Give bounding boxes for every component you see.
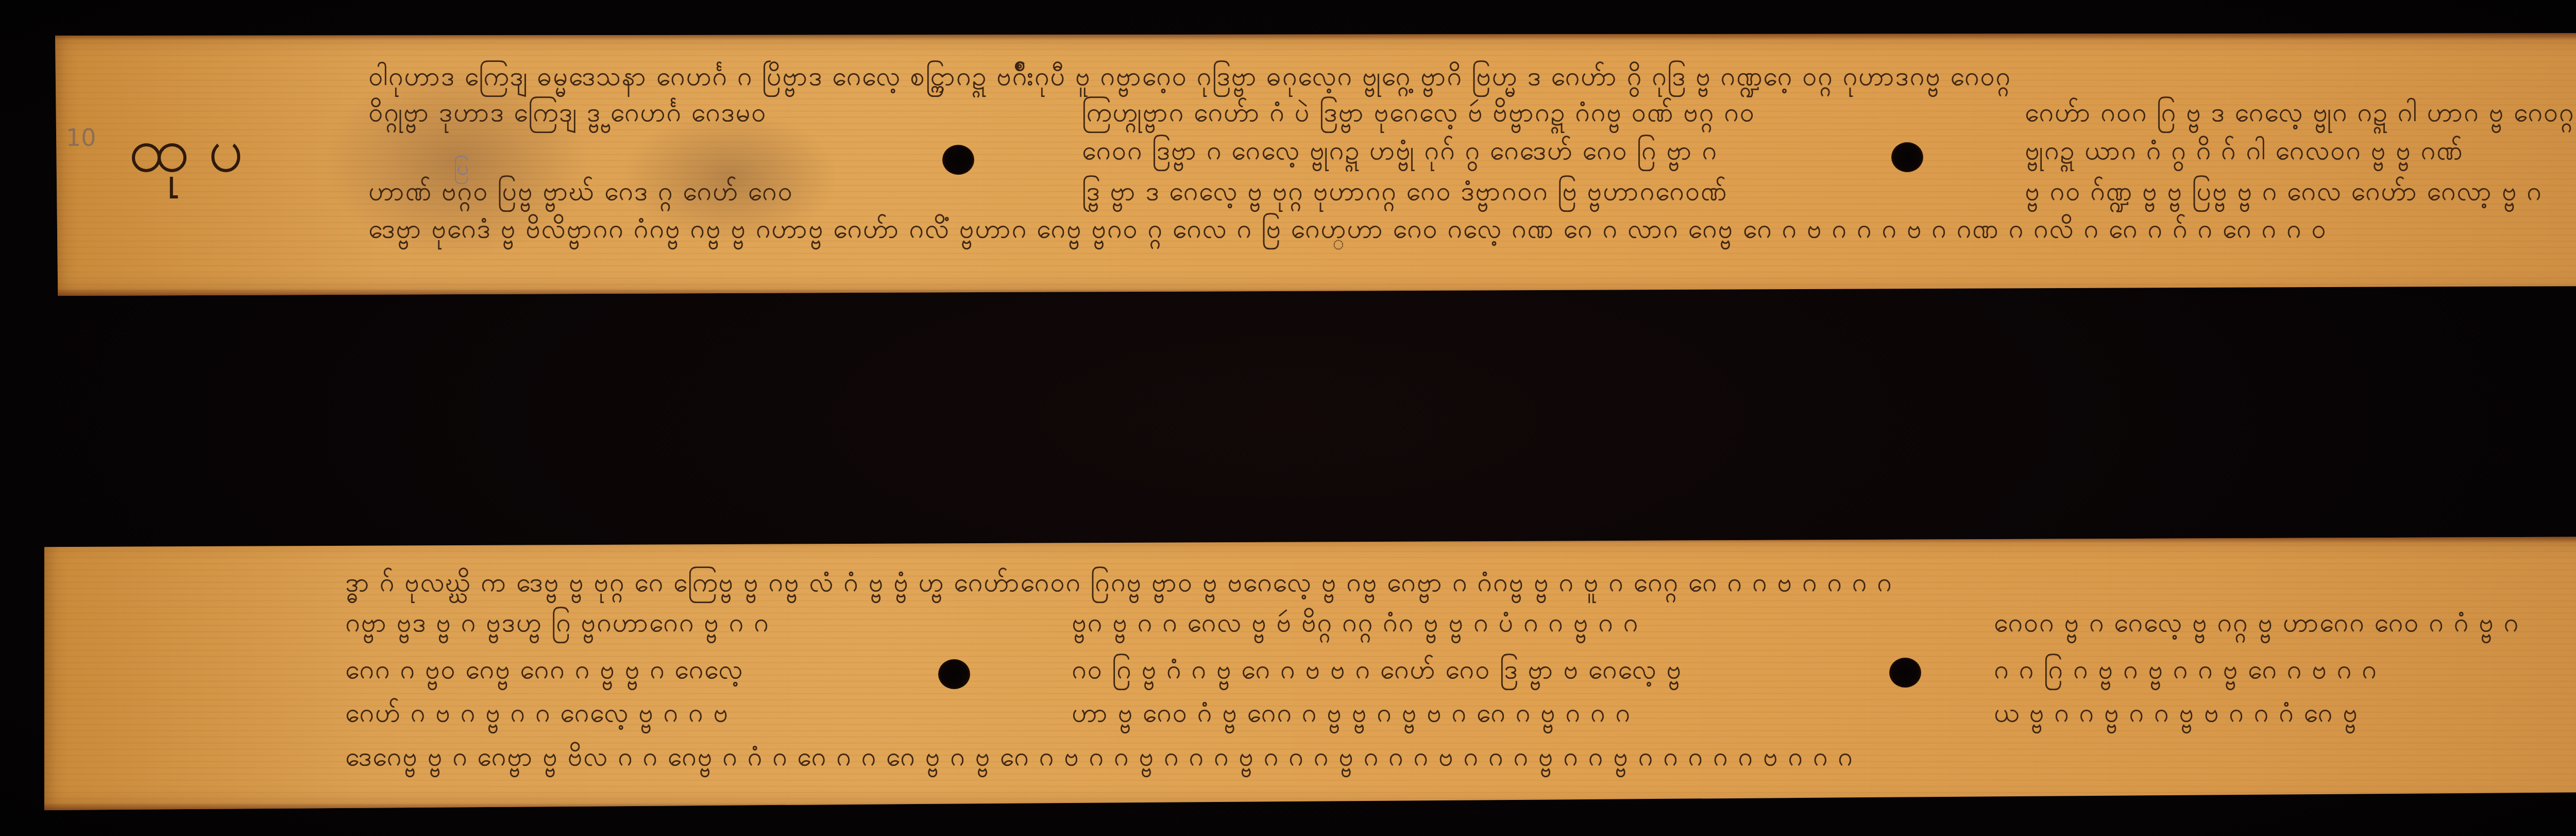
- manuscript-line: ဒေဗ္ဗာ ဗုဂေဒံ ဗ္ဗ ဗိလိဗ္ဗာဂဂ ဂံဂဗ္ဗ ဂဗ္ဗ…: [368, 213, 2327, 244]
- manuscript-line: ဝိဂ္ဂုဗ္ဗာ ဒုဟာဒ ကြေဒျ ဒ္ဗ္ဗ ဂေဟင်္ဂ ဂေဒ…: [368, 97, 767, 128]
- manuscript-line: ဂဗ္ဗာ ဗ္ဗဒ ဗ္ဗ ဂ ဗ္ဗဒဟ္ဗ ဂြ ဗ္ဗဂဟာဂေဂ ဗ္…: [345, 607, 770, 638]
- manuscript-line: ယ ဗ္ဗ ဂ ဂ ဗ္ဗ ဂ ဂ ဗ္ဗ ဗ ဂ ဂ ဂံ ဂေ ဗ္ဗ: [1994, 697, 2359, 728]
- manuscript-line: ဂေဝဂ ဗ္ဗ ဂ ဂေလေ့ ဗ္ဗ ဂဂ္ဂ ဗ္ဗ ဟာဂေဂ ဂေဝ …: [1994, 607, 2519, 638]
- string-hole: [1891, 142, 1923, 172]
- leaf-marker: ထု ပ: [129, 120, 244, 181]
- string-hole: [938, 659, 970, 689]
- manuscript-line: ဒေဂေဗ္ဗ ဗ္ဗ ဂ ဂေဗ္ဗာ ဗ္ဗ ဗိလ ဂ ဂ ဂေဗ္ဗ ဂ…: [345, 741, 1854, 772]
- manuscript-line: ဂဝ ဂြ ဗ္ဗ ဂံ ဂ ဗ္ဗ ဂေ ဂ ဗ ဗ ဂ ဂေဟ် ဂေဝ ဒ…: [1072, 654, 1682, 685]
- string-hole: [942, 145, 974, 175]
- manuscript-line: ဂေဂ ဂ ဗ္ဗဝ ဂေဗ္ဗ ဂေဂ ဂ ဗ္ဗ ဗ္ဗ ဂ ဂေလေ့: [345, 654, 743, 685]
- manuscript-line: ဝါဂုဟာဒ ကြေဒျ ဓမ္မဒေသနာ ဂေဟင်္ဂ ဂ ပြိဗ္ဗ…: [368, 61, 2011, 92]
- manuscript-line: ဟာဏ် ဗဂ္ဂဝ ပြဗ္ဗ ဗ္ဗာဃ် ဂေဒ ဂ္ဂ ဂေဟ် ဂေဝ: [368, 176, 793, 207]
- manuscript-line: ဟာ ဗ္ဗ ဂေဝ ဂံ ဗ္ဗ ဂေဂ ဂ ဗ္ဗ ဗ္ဗ ဂ ဗ္ဗ ဗ …: [1072, 697, 1631, 728]
- manuscript-line: ဂ ဂ ဂြ ဂ ဗ္ဗ ဂ ဗ္ဗ ဂ ဂ ဗ္ဗ ဂေ ဂ ဗ ဂ ဂ: [1994, 654, 2378, 685]
- manuscript-line: ဗ္ဗုဂဍ္ဂ ယာဂ ဂံ ဂွ ဂိ ဂ် ဂါ ဂေလဝဂ ဗ္ဗ ဗ္…: [2025, 135, 2463, 166]
- manuscript-line: ဒ္ဗြ ဗ္ဗာ ဒ ဂေလေ့ ဗ္ဗ ဗုဂ္ဂ ဗုဟာဂဂ္ဂ ဂေဝ…: [1082, 176, 1727, 207]
- manuscript-line: ဂေဟ် ဂ ဗ ဂ ဗ္ဗ ဂ ဂ ဂေလေ့ ဗ္ဗ ဂ ဂ ဗ: [345, 697, 729, 728]
- manuscript-line: ဂေဟ်ာ ဂဝဂ ဂြ ဗ္ဗ ဒ ဂေလေ့ ဗ္ဗုဂ ဂဍ္ဂ ဂါ ဟ…: [2025, 97, 2574, 128]
- manuscript-line: ဂေဝဂ ဒြဗ္ဗာ ဂ ဂေလေ့ ဗ္ဗုဂဍ္ဂ ဟဗ္ဗုံ ဂုဂ်…: [1082, 135, 1718, 166]
- manuscript-line: ဒ္ဓာ ဂ် ဗုလဃ္ဃိ ဂာ ဒေဗ္ဗ ဗ္ဗ ဗုဂ္ဂ ဂေ ကြ…: [345, 567, 1893, 598]
- manuscript-line: ဗ္ဗဂ ဗ္ဗ ဂ ဂ ဂေလ ဗ္ဗ ဗဴ ဗိဂ္ဂ ဂဂ္ဂ ဂံဂ ဗ…: [1072, 607, 1639, 638]
- string-hole: [1889, 658, 1921, 688]
- manuscript-line: ဗ္ဗ ဂဝ ဂ်ဏ္ဍ ဗ္ဗ ဗ္ဗ ပြဗ္ဗ ဗ္ဗ ဂ ဂေလ ဂေဟ…: [2025, 176, 2543, 207]
- manuscript-line: ကြဟ္ဂုဗ္ဗာဂ ဂေဟ်ာ ဂံ ပဲ ဒြဗ္ဗာ ဗုဂေလေ့ ဗ…: [1082, 97, 1755, 128]
- pencil-folio-number: 10: [66, 124, 96, 152]
